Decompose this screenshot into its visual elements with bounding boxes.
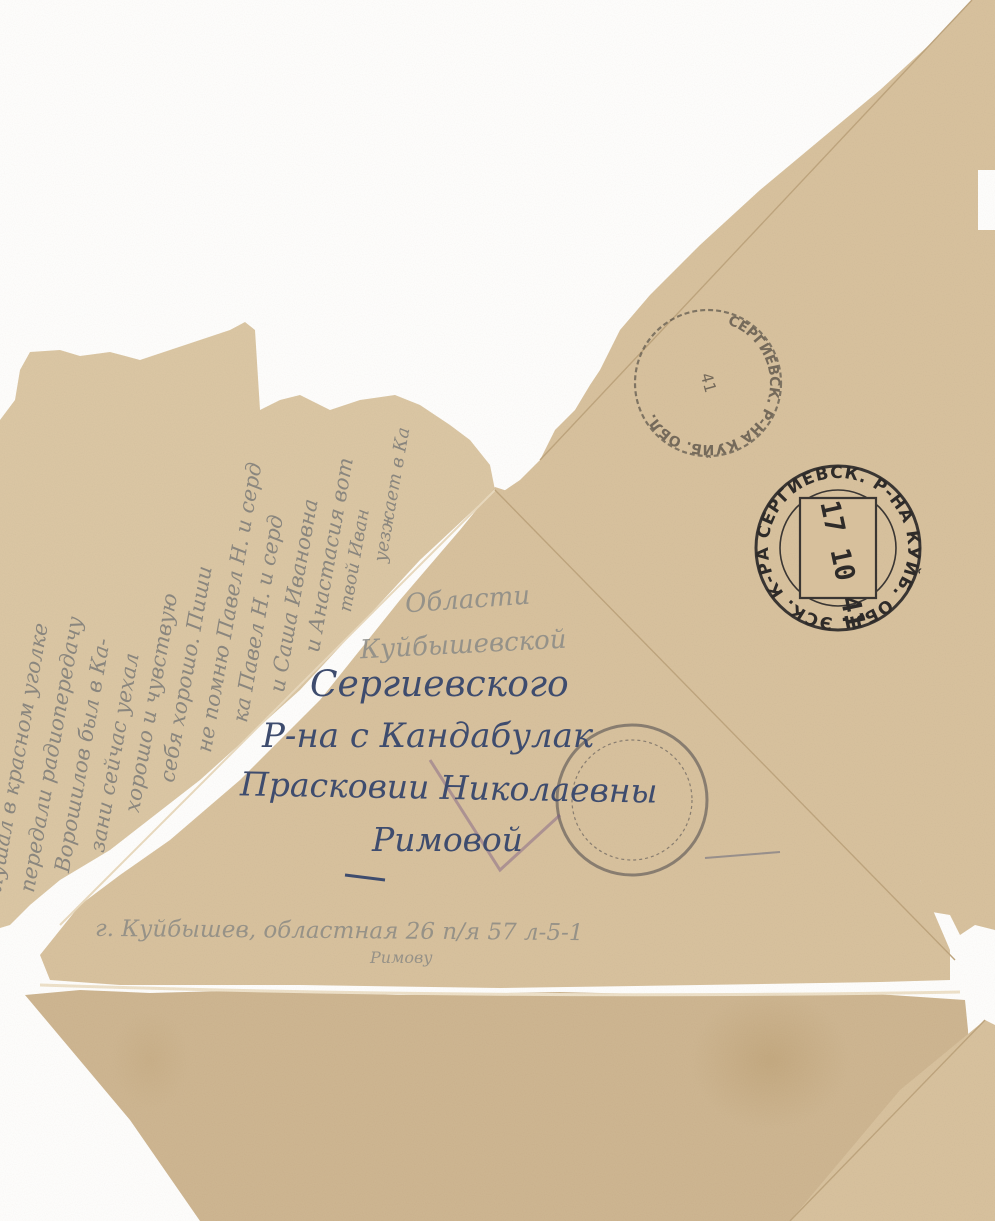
sender-name: Римову <box>370 948 433 967</box>
letter-line: уезжает в Ка <box>370 426 414 564</box>
letter-fragment-text: слушал в красном уголке передали радиопе… <box>0 330 480 930</box>
